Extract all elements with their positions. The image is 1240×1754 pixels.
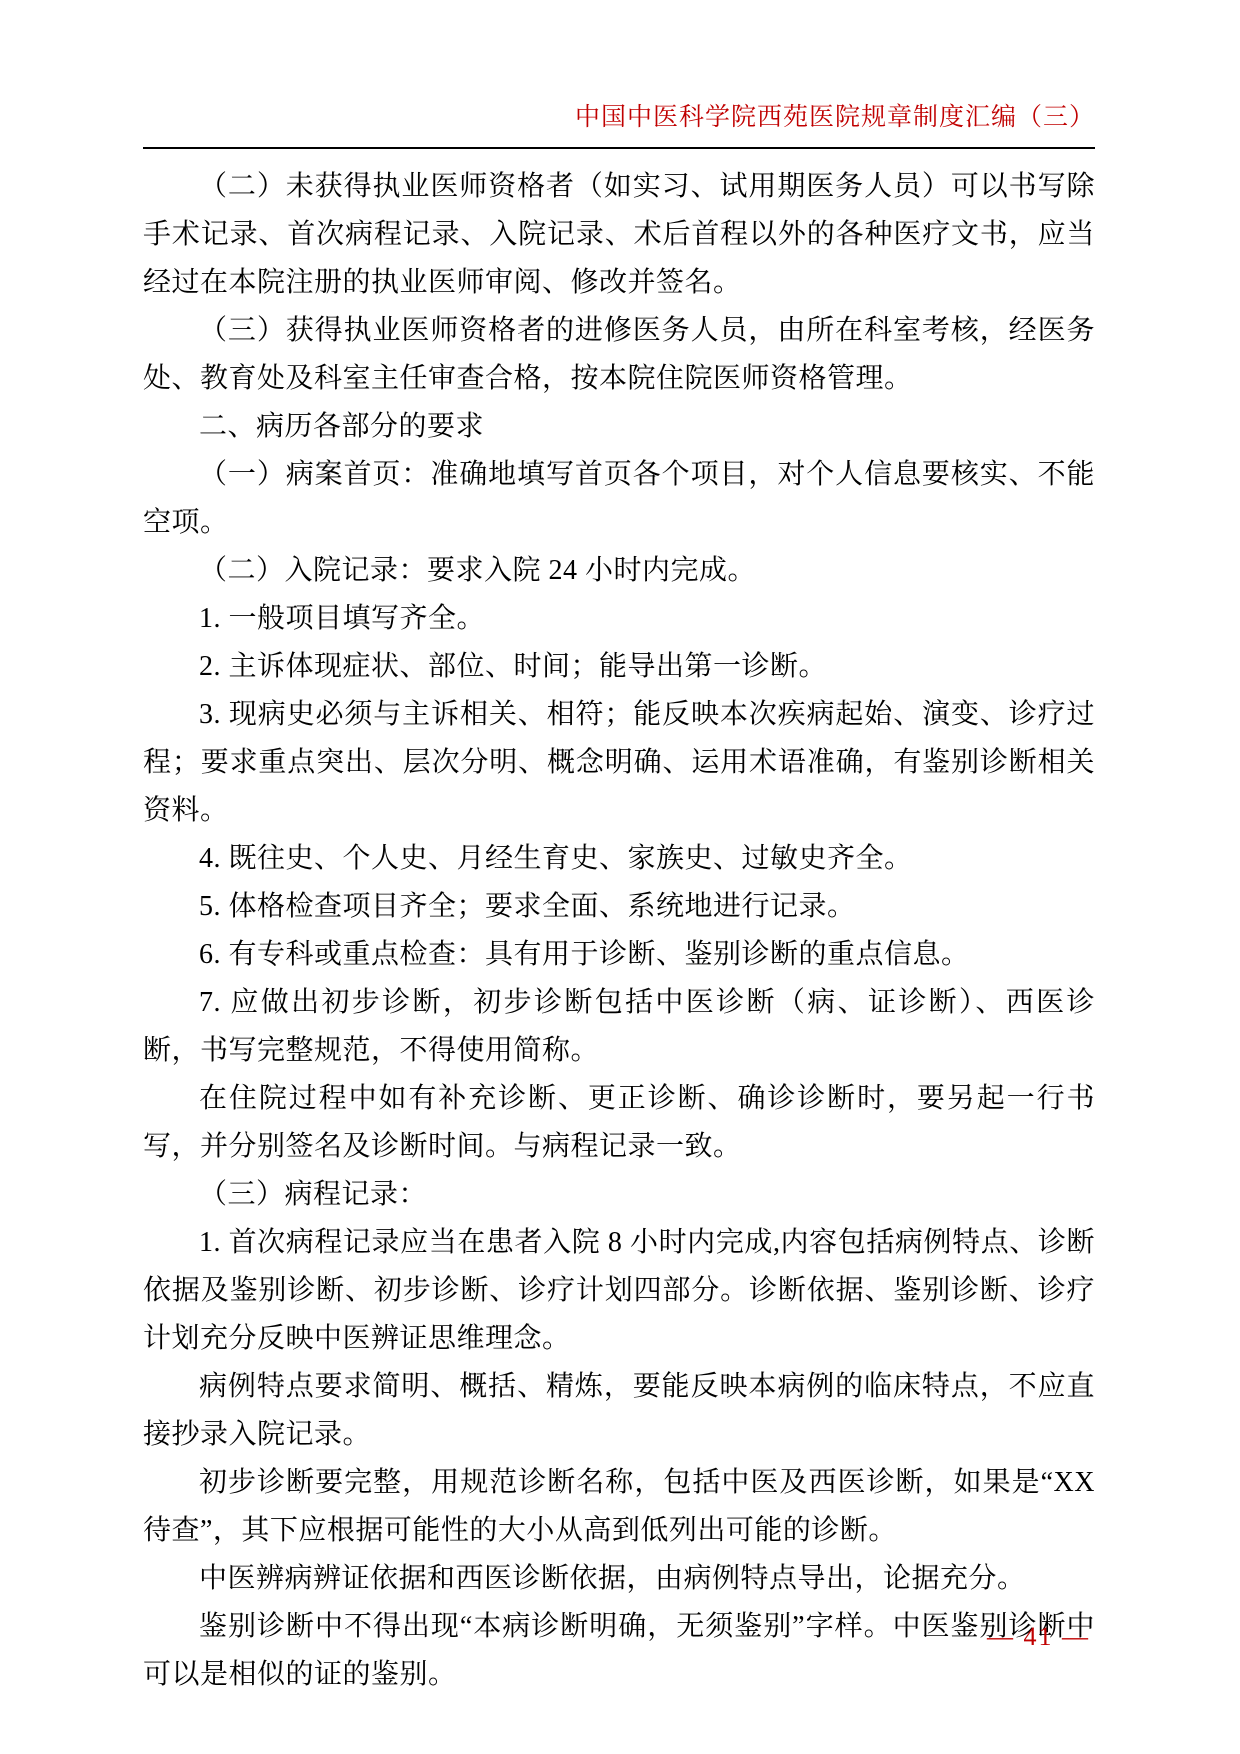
paragraph-sub-6: 6. 有专科或重点检查：具有用于诊断、鉴别诊断的重点信息。 (143, 931, 1095, 979)
paragraph-supplement: 在住院过程中如有补充诊断、更正诊断、确诊诊断时，要另起一行书写，并分别签名及诊断… (143, 1075, 1095, 1171)
paragraph-preliminary-diagnosis: 初步诊断要完整，用规范诊断名称，包括中医及西医诊断，如果是“XX 待查”，其下应… (143, 1459, 1095, 1555)
paragraph-first-course-record: 1. 首次病程记录应当在患者入院 8 小时内完成,内容包括病例特点、诊断依据及鉴… (143, 1219, 1095, 1363)
section-heading-2: 二、病历各部分的要求 (143, 403, 1095, 451)
page-number: — 41 — (987, 1622, 1090, 1651)
header-rule (143, 147, 1095, 149)
document-page: 中国中医科学院西苑医院规章制度汇编（三） （二）未获得执业医师资格者（如实习、试… (0, 0, 1240, 1754)
paragraph-item-3: （三）病程记录： (143, 1171, 1095, 1219)
paragraph-sub-4: 4. 既往史、个人史、月经生育史、家族史、过敏史齐全。 (143, 835, 1095, 883)
page-header: 中国中医科学院西苑医院规章制度汇编（三） (143, 0, 1095, 157)
paragraph-sub-5: 5. 体格检查项目齐全；要求全面、系统地进行记录。 (143, 883, 1095, 931)
paragraph-item-1: （一）病案首页：准确地填写首页各个项目，对个人信息要核实、不能空项。 (143, 451, 1095, 547)
header-title: 中国中医科学院西苑医院规章制度汇编（三） (143, 103, 1095, 133)
paragraph-rule-2: （二）未获得执业医师资格者（如实习、试用期医务人员）可以书写除手术记录、首次病程… (143, 163, 1095, 307)
paragraph-rule-3: （三）获得执业医师资格者的进修医务人员，由所在科室考核，经医务处、教育处及科室主… (143, 307, 1095, 403)
paragraph-sub-2: 2. 主诉体现症状、部位、时间；能导出第一诊断。 (143, 643, 1095, 691)
paragraph-sub-3: 3. 现病史必须与主诉相关、相符；能反映本次疾病起始、演变、诊疗过程；要求重点突… (143, 691, 1095, 835)
page-footer: — 41 — (143, 1622, 1090, 1652)
paragraph-item-2: （二）入院记录：要求入院 24 小时内完成。 (143, 547, 1095, 595)
paragraph-sub-7: 7. 应做出初步诊断，初步诊断包括中医诊断（病、证诊断）、西医诊断，书写完整规范… (143, 979, 1095, 1075)
paragraph-case-features: 病例特点要求简明、概括、精炼，要能反映本病例的临床特点，不应直接抄录入院记录。 (143, 1363, 1095, 1459)
paragraph-sub-1: 1. 一般项目填写齐全。 (143, 595, 1095, 643)
paragraph-tcm-basis: 中医辨病辨证依据和西医诊断依据，由病例特点导出，论据充分。 (143, 1555, 1095, 1603)
document-body: （二）未获得执业医师资格者（如实习、试用期医务人员）可以书写除手术记录、首次病程… (143, 163, 1095, 1699)
